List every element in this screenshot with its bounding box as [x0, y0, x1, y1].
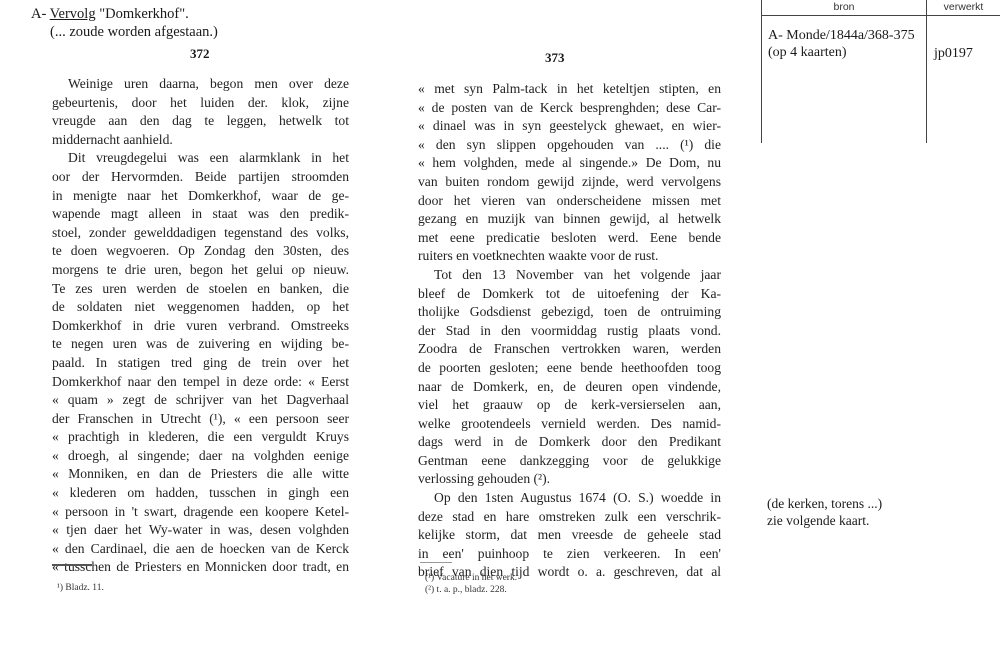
text-line: Zoodra de Franschen vertrokken waren, we… — [418, 340, 721, 359]
text-line: wapende magt alleen in staat was den pre… — [52, 205, 349, 224]
section-subtitle: (... zoude worden afgestaan.) — [50, 24, 218, 41]
text-line: in een' puinhoop te zien verkeeren. In e… — [418, 545, 721, 564]
footnote-divider-left — [52, 564, 92, 566]
text-line: tholijke Godsdienst gebezigd, toen de on… — [418, 303, 721, 322]
text-line: « dinael was in syn geestelyck ghewaet, … — [418, 117, 721, 136]
text-line: Te zes uren werden de stoelen en banken,… — [52, 280, 349, 299]
footnote-right-1: (¹) Vacature in het werk. — [425, 572, 517, 584]
text-line: Op den 1sten Augustus 1674 (O. S.) woedd… — [418, 489, 721, 508]
text-line: verlossing gehouden (²). — [418, 470, 721, 489]
heading-prefix: A- — [31, 6, 50, 22]
text-line: in menigte naar het Domkerkhof, waar de … — [52, 187, 349, 206]
text-line: « hem volghden, mede al singende.» De Do… — [418, 154, 721, 173]
text-line: der Franschen in Utrecht (¹), « een pers… — [52, 410, 349, 429]
text-line: de soldaten niet weggenomen hadden, op h… — [52, 298, 349, 317]
left-page-text: Weinige uren daarna, begon men over deze… — [52, 75, 349, 577]
text-line: met eene predicatie besloten werd. Eene … — [418, 229, 721, 248]
text-line: door het vieren van onderscheidene misse… — [418, 192, 721, 211]
text-line: Domkerkhof naar den tempel in deze orde:… — [52, 373, 349, 392]
text-line: « den syn slippen opgehouden van .... (¹… — [418, 136, 721, 155]
text-line: « quam » zegt de schrijver van het Dagve… — [52, 391, 349, 410]
table-header-bron: bron — [762, 1, 926, 13]
text-line: paald. In statigen tred ging de trein ov… — [52, 354, 349, 373]
text-line: « tjen daer het Wy-water in was, desen v… — [52, 521, 349, 540]
text-line: kelijke storm, dat men vreesde de geheel… — [418, 526, 721, 545]
text-line: dags werd in de Domkerk door den Predika… — [418, 433, 721, 452]
text-line: « klederen om hadden, tusschen in gingh … — [52, 484, 349, 503]
section-heading: A- Vervolg "Domkerkhof". — [31, 6, 189, 23]
text-line: gebeurtenis, door het luiden der. klok, … — [52, 94, 349, 113]
text-line: Dit vreugdegelui was een alarmklank in h… — [52, 149, 349, 168]
text-line: van buiten rondom gewijd zijnde, werd ve… — [418, 173, 721, 192]
text-line: der Stad in den voormiddag rustig plaats… — [418, 322, 721, 341]
text-line: de poorten gesloten; eene bende heethoof… — [418, 359, 721, 378]
text-line: Gentman eene dankzegging voor de gelukki… — [418, 452, 721, 471]
text-line: vreugde aan den dag te leggen, hetwelk t… — [52, 112, 349, 131]
text-line: bleef de Domkerk tot de uitoefening der … — [418, 285, 721, 304]
text-line: morgens te drie uren, begon het gelui op… — [52, 261, 349, 280]
table-cell-verwerkt: jp0197 — [934, 45, 973, 62]
side-note-line2: zie volgende kaart. — [767, 512, 869, 529]
text-line: « met syn Palm-tack in het keteltjen sti… — [418, 80, 721, 99]
text-line: « de posten van de Kerck besprenghden; d… — [418, 99, 721, 118]
text-line: « den Cardinael, die aen de hoecken van … — [52, 540, 349, 559]
table-cell-bron-line2: (op 4 kaarten) — [768, 44, 847, 61]
table-border-left — [761, 0, 762, 143]
text-line: ruiters en voetknechten waakte voor de r… — [418, 247, 721, 266]
side-note-line1: (de kerken, torens ...) — [767, 495, 882, 512]
text-line: welke grootendeels vernield werden. Des … — [418, 415, 721, 434]
text-line: stoel, zonder gewelddadigen tegenstand d… — [52, 224, 349, 243]
text-line: « Monniken, en dan de Priesters die alle… — [52, 465, 349, 484]
right-page-text: « met syn Palm-tack in het keteltjen sti… — [418, 80, 721, 582]
table-cell-bron-line1: A- Monde/1844a/368-375 — [768, 27, 915, 44]
page-number-left: 372 — [190, 46, 210, 62]
text-line: deze stad en hare omstreken zulk een ver… — [418, 508, 721, 527]
footnote-left: ¹) Bladz. 11. — [57, 582, 104, 594]
text-line: Weinige uren daarna, begon men over deze — [52, 75, 349, 94]
text-line: « persoon in 't swart, dragende een koop… — [52, 503, 349, 522]
page-number-right: 373 — [545, 50, 565, 66]
text-line: te negen uren was de zuivering en wijdin… — [52, 335, 349, 354]
table-header-rule — [761, 15, 1000, 16]
text-line: Domkerkhof in drie vuren verbrand. Omstr… — [52, 317, 349, 336]
text-line: te doen wegvoeren. Op Zondag den 30sten,… — [52, 242, 349, 261]
text-line: « prachtigh in klederen, die een verguld… — [52, 428, 349, 447]
text-line: « droegh, al singende; daer na volghden … — [52, 447, 349, 466]
text-line: gezang en muzijk van binnen gewijd, al h… — [418, 210, 721, 229]
text-line: naar de Domkerk, en, de deuren open vind… — [418, 378, 721, 397]
table-border-middle — [926, 0, 927, 143]
text-line: oor der Hervormden. Beide partijen stroo… — [52, 168, 349, 187]
footnote-right-2: (²) t. a. p., bladz. 228. — [425, 584, 507, 596]
table-header-verwerkt: verwerkt — [927, 1, 1000, 13]
text-line: viel het graauw op de kerk-versierselen … — [418, 396, 721, 415]
text-line: middernacht aanhield. — [52, 131, 349, 150]
footnote-divider-right — [420, 562, 452, 563]
heading-underlined-label: Vervolg — [50, 6, 96, 22]
text-line: « tusschen de Priesters en Monnicken doo… — [52, 558, 349, 577]
text-line: Tot den 13 November van het volgende jaa… — [418, 266, 721, 285]
heading-title: "Domkerkhof". — [96, 6, 189, 22]
